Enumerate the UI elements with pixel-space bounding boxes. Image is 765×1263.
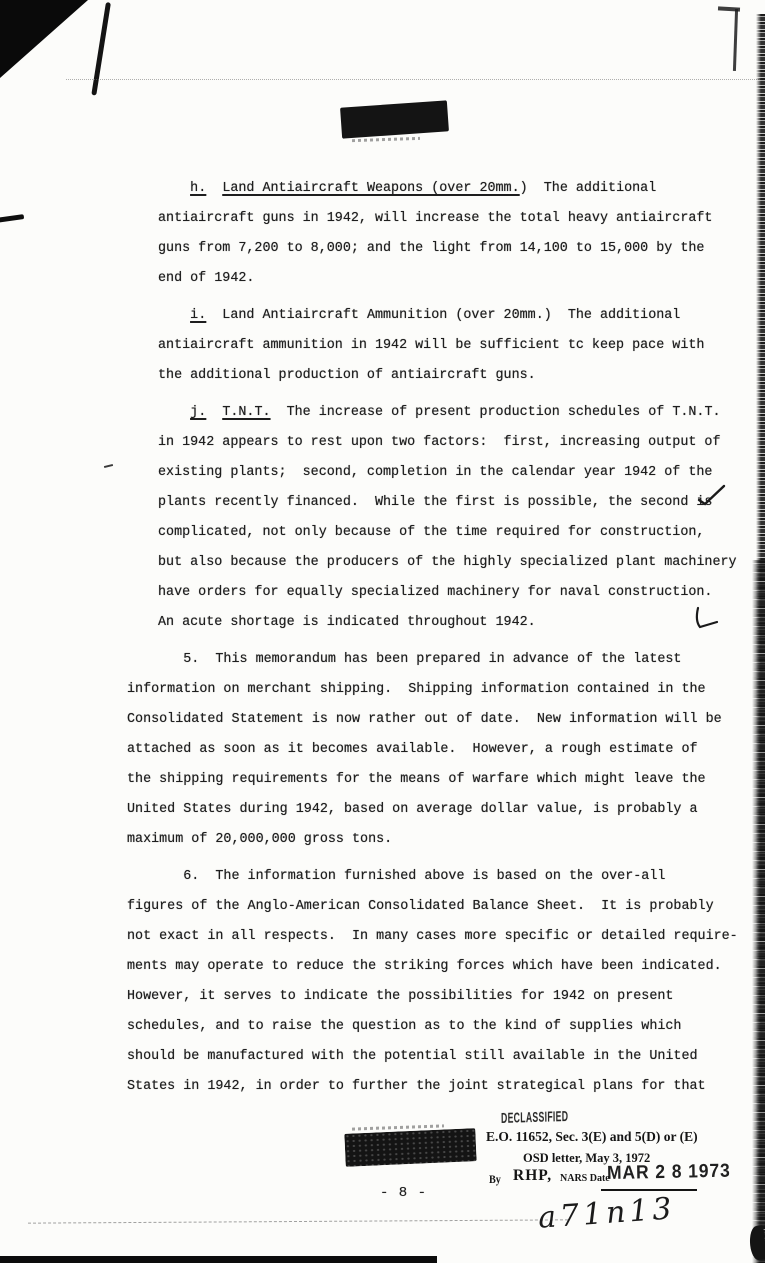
pen-dash-mark	[0, 214, 24, 223]
text-line: Consolidated Statement is now rather out…	[127, 705, 765, 735]
executive-order-line: E.O. 11652, Sec. 3(E) and 5(D) or (E)	[486, 1129, 698, 1145]
text-segment: existing plants; second, completion in t…	[158, 465, 712, 480]
date-stamp: MAR 2 8 1973	[607, 1161, 731, 1185]
underlined-text: i.	[190, 308, 206, 323]
text-line: antiaircraft ammunition in 1942 will be …	[158, 331, 765, 361]
corner-bracket-mark	[733, 9, 738, 71]
text-line: but also because the producers of the hi…	[158, 548, 765, 578]
text-line: not exact in all respects. In many cases…	[127, 922, 765, 952]
text-segment: plants recently financed. While the firs…	[158, 495, 712, 510]
text-segment: information on merchant shipping. Shippi…	[127, 682, 706, 697]
text-segment: the shipping requirements for the means …	[127, 772, 706, 787]
text-segment: maximum of 20,000,000 gross tons.	[127, 832, 392, 847]
text-line: i. Land Antiaircraft Ammunition (over 20…	[158, 301, 765, 331]
text-segment: However, it serves to indicate the possi…	[127, 989, 673, 1004]
text-line: should be manufactured with the potentia…	[127, 1042, 765, 1072]
scan-corner-artifact	[0, 0, 88, 78]
nars-date-label: NARS Date	[560, 1173, 610, 1184]
text-segment: not exact in all respects. In many cases…	[127, 929, 738, 944]
underlined-text: j.	[190, 405, 206, 420]
text-line: guns from 7,200 to 8,000; and the light …	[158, 234, 765, 264]
text-segment: ) The additional	[520, 181, 657, 196]
faint-rule-line	[28, 1219, 568, 1223]
page-number: - 8 -	[380, 1185, 427, 1201]
redaction-stamp-bottom	[344, 1128, 476, 1167]
text-segment: have orders for equally specialized mach…	[158, 585, 712, 600]
underlined-text: T.N.T.	[222, 405, 270, 420]
paragraph: j. T.N.T. The increase of present produc…	[127, 398, 765, 638]
text-segment: Consolidated Statement is now rather out…	[127, 712, 722, 727]
text-line: States in 1942, in order to further the …	[127, 1072, 765, 1102]
text-line: h. Land Antiaircraft Weapons (over 20mm.…	[158, 174, 765, 204]
text-line: schedules, and to raise the question as …	[127, 1012, 765, 1042]
text-segment	[206, 181, 222, 196]
text-segment: the additional production of antiaircraf…	[158, 368, 536, 383]
handwritten-note: a71n13	[537, 1191, 677, 1236]
text-segment: antiaircraft ammunition in 1942 will be …	[158, 338, 704, 353]
text-segment: ments may operate to reduce the striking…	[127, 959, 722, 974]
text-line: figures of the Anglo-American Consolidat…	[127, 892, 765, 922]
text-segment: end of 1942.	[158, 271, 254, 286]
text-segment: guns from 7,200 to 8,000; and the light …	[158, 241, 704, 256]
text-segment: antiaircraft guns in 1942, will increase…	[158, 211, 712, 226]
text-line: j. T.N.T. The increase of present produc…	[158, 398, 765, 428]
text-segment	[206, 405, 222, 420]
redaction-stamp-top	[340, 100, 449, 138]
text-segment: An acute shortage is indicated throughou…	[158, 615, 536, 630]
pen-checkmark-icon	[697, 483, 727, 511]
text-segment	[158, 181, 190, 196]
text-line: antiaircraft guns in 1942, will increase…	[158, 204, 765, 234]
text-segment	[158, 405, 190, 420]
text-line: end of 1942.	[158, 264, 765, 294]
text-line: However, it serves to indicate the possi…	[127, 982, 765, 1012]
paragraph: h. Land Antiaircraft Weapons (over 20mm.…	[127, 174, 765, 294]
paragraph: 6. The information furnished above is ba…	[127, 862, 765, 1102]
scanned-document-page: h. Land Antiaircraft Weapons (over 20mm.…	[0, 0, 765, 1263]
text-segment: 5. This memorandum has been prepared in …	[127, 652, 681, 667]
pen-checkmark-icon	[691, 606, 719, 634]
scan-bottom-bar	[0, 1256, 437, 1263]
scan-edge-blot	[748, 1225, 765, 1260]
text-line: existing plants; second, completion in t…	[158, 458, 765, 488]
text-line: 5. This memorandum has been prepared in …	[127, 645, 765, 675]
text-segment: attached as soon as it becomes available…	[127, 742, 698, 757]
text-segment: complicated, not only because of the tim…	[158, 525, 704, 540]
text-line: in 1942 appears to rest upon two factors…	[158, 428, 765, 458]
text-segment: but also because the producers of the hi…	[158, 555, 737, 570]
text-segment: should be manufactured with the potentia…	[127, 1049, 698, 1064]
text-line: An acute shortage is indicated throughou…	[158, 608, 765, 638]
body-text: h. Land Antiaircraft Weapons (over 20mm.…	[127, 174, 765, 1109]
text-line: information on merchant shipping. Shippi…	[127, 675, 765, 705]
text-segment: The increase of present production sched…	[271, 405, 721, 420]
pen-stroke-mark	[91, 2, 111, 96]
scan-fold-line	[66, 79, 765, 80]
text-segment: Land Antiaircraft Ammunition (over 20mm.…	[206, 308, 680, 323]
underlined-text: h.	[190, 181, 206, 196]
text-line: the additional production of antiaircraf…	[158, 361, 765, 391]
pen-tick-mark	[104, 464, 113, 468]
text-line: plants recently financed. While the firs…	[158, 488, 765, 518]
text-line: attached as soon as it becomes available…	[127, 735, 765, 765]
text-segment: 6. The information furnished above is ba…	[127, 869, 665, 884]
text-segment: schedules, and to raise the question as …	[127, 1019, 681, 1034]
text-line: complicated, not only because of the tim…	[158, 518, 765, 548]
date-underline	[601, 1189, 697, 1191]
redaction-stamp-subtext	[352, 137, 420, 142]
text-line: United States during 1942, based on aver…	[127, 795, 765, 825]
declassified-stamp: DECLASSIFIED	[501, 1108, 568, 1127]
text-segment	[158, 308, 190, 323]
text-segment: States in 1942, in order to further the …	[127, 1079, 706, 1094]
text-segment: figures of the Anglo-American Consolidat…	[127, 899, 714, 914]
reviewer-initials: RHP,	[513, 1167, 552, 1185]
paragraph: i. Land Antiaircraft Ammunition (over 20…	[127, 301, 765, 391]
text-line: maximum of 20,000,000 gross tons.	[127, 825, 765, 855]
text-line: 6. The information furnished above is ba…	[127, 862, 765, 892]
text-segment: in 1942 appears to rest upon two factors…	[158, 435, 721, 450]
by-label: By	[489, 1172, 501, 1187]
text-line: ments may operate to reduce the striking…	[127, 952, 765, 982]
text-line: have orders for equally specialized mach…	[158, 578, 765, 608]
underlined-text: Land Antiaircraft Weapons (over 20mm.	[222, 181, 519, 196]
text-line: the shipping requirements for the means …	[127, 765, 765, 795]
text-segment: United States during 1942, based on aver…	[127, 802, 698, 817]
paragraph: 5. This memorandum has been prepared in …	[127, 645, 765, 855]
